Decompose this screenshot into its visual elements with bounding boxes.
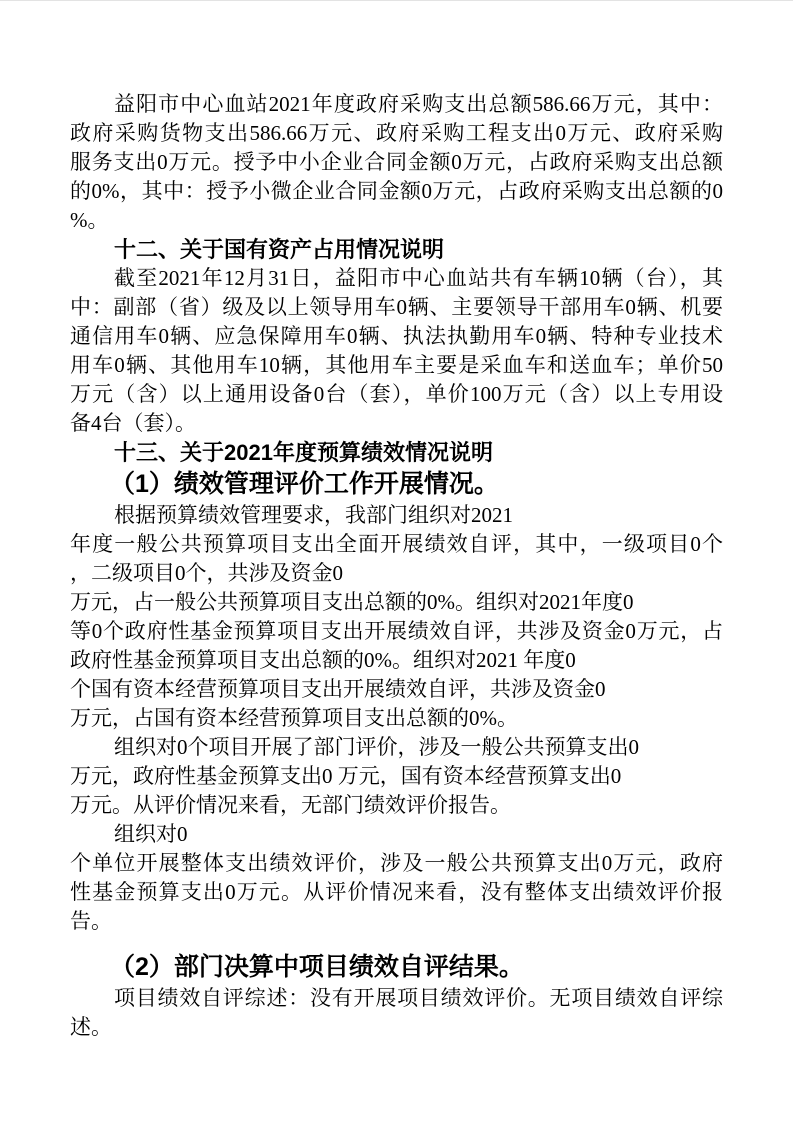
text-line: 的0%，其中：授予小微企业合同金额0万元，占政府采购支出总额的0	[70, 177, 723, 206]
paragraph-self-eval: 根据预算绩效管理要求，我部门组织对2021 年度一般公共预算项目支出全面开展绩效…	[70, 501, 723, 733]
text-line: 用车0辆、其他用车10辆，其他用车主要是采血车和送血车；单价50	[70, 351, 723, 380]
paragraph-assets: 截至2021年12月31日，益阳市中心血站共有车辆10辆（台），其 中：副部（省…	[70, 264, 723, 438]
text-line: 万元，占国有资本经营预算项目支出总额的0%。	[70, 704, 723, 733]
paragraph-dept-eval: 组织对0个项目开展了部门评价，涉及一般公共预算支出0 万元，政府性基金预算支出0…	[70, 733, 723, 820]
text-line: 等0个政府性基金预算项目支出开展绩效自评，共涉及资金0万元，占	[70, 617, 723, 646]
text-line: 中：副部（省）级及以上领导用车0辆、主要领导干部用车0辆、机要	[70, 293, 723, 322]
text-line: 根据预算绩效管理要求，我部门组织对2021	[70, 501, 723, 530]
text-line: 组织对0个项目开展了部门评价，涉及一般公共预算支出0	[70, 733, 723, 762]
section-heading-12: 十二、关于国有资产占用情况说明	[70, 235, 723, 264]
paragraph-procurement: 益阳市中心血站2021年度政府采购支出总额586.66万元，其中： 政府采购货物…	[70, 90, 723, 235]
text-line: 截至2021年12月31日，益阳市中心血站共有车辆10辆（台），其	[70, 264, 723, 293]
text-line: 政府性基金预算项目支出总额的0%。组织对2021 年度0	[70, 646, 723, 675]
text-line: 万元，占一般公共预算项目支出总额的0%。组织对2021年度0	[70, 588, 723, 617]
text-line: 性基金预算支出0万元。从评价情况来看，没有整体支出绩效评价报	[70, 878, 723, 907]
text-line: 万元。从评价情况来看，无部门绩效评价报告。	[70, 791, 723, 820]
document-page: 益阳市中心血站2021年度政府采购支出总额586.66万元，其中： 政府采购货物…	[0, 0, 793, 1122]
text-line: 政府采购货物支出586.66万元、政府采购工程支出0万元、政府采购	[70, 119, 723, 148]
text-line: 个单位开展整体支出绩效评价，涉及一般公共预算支出0万元，政府	[70, 849, 723, 878]
text-line: 万元（含）以上通用设备0台（套），单价100万元（含）以上专用设	[70, 380, 723, 409]
text-line: 个国有资本经营预算项目支出开展绩效自评，共涉及资金0	[70, 675, 723, 704]
text-line: 服务支出0万元。授予中小企业合同金额0万元，占政府采购支出总额	[70, 148, 723, 177]
subheading-1-eval-work: （1）绩效管理评价工作开展情况。	[70, 467, 723, 501]
text-line: %。	[70, 206, 723, 235]
text-line: 万元，政府性基金预算支出0 万元，国有资本经营预算支出0	[70, 762, 723, 791]
text-line: 年度一般公共预算项目支出全面开展绩效自评，其中，一级项目0个	[70, 530, 723, 559]
text-line: 组织对0	[70, 820, 723, 849]
text-line: ，二级项目0个，共涉及资金0	[70, 559, 723, 588]
subheading-2-self-eval-result: （2）部门决算中项目绩效自评结果。	[70, 950, 723, 984]
text-line: 益阳市中心血站2021年度政府采购支出总额586.66万元，其中：	[70, 90, 723, 119]
text-line: 备4台（套）。	[70, 409, 723, 438]
text-line: 述。	[70, 1013, 723, 1042]
section-heading-13: 十三、关于2021年度预算绩效情况说明	[70, 438, 723, 467]
text-line: 通信用车0辆、应急保障用车0辆、执法执勤用车0辆、特种专业技术	[70, 322, 723, 351]
document-content: 益阳市中心血站2021年度政府采购支出总额586.66万元，其中： 政府采购货物…	[0, 1, 793, 1042]
paragraph-overall-eval: 组织对0 个单位开展整体支出绩效评价，涉及一般公共预算支出0万元，政府 性基金预…	[70, 820, 723, 936]
paragraph-project-summary: 项目绩效自评综述：没有开展项目绩效评价。无项目绩效自评综 述。	[70, 984, 723, 1042]
text-line: 告。	[70, 907, 723, 936]
text-line: 项目绩效自评综述：没有开展项目绩效评价。无项目绩效自评综	[70, 984, 723, 1013]
